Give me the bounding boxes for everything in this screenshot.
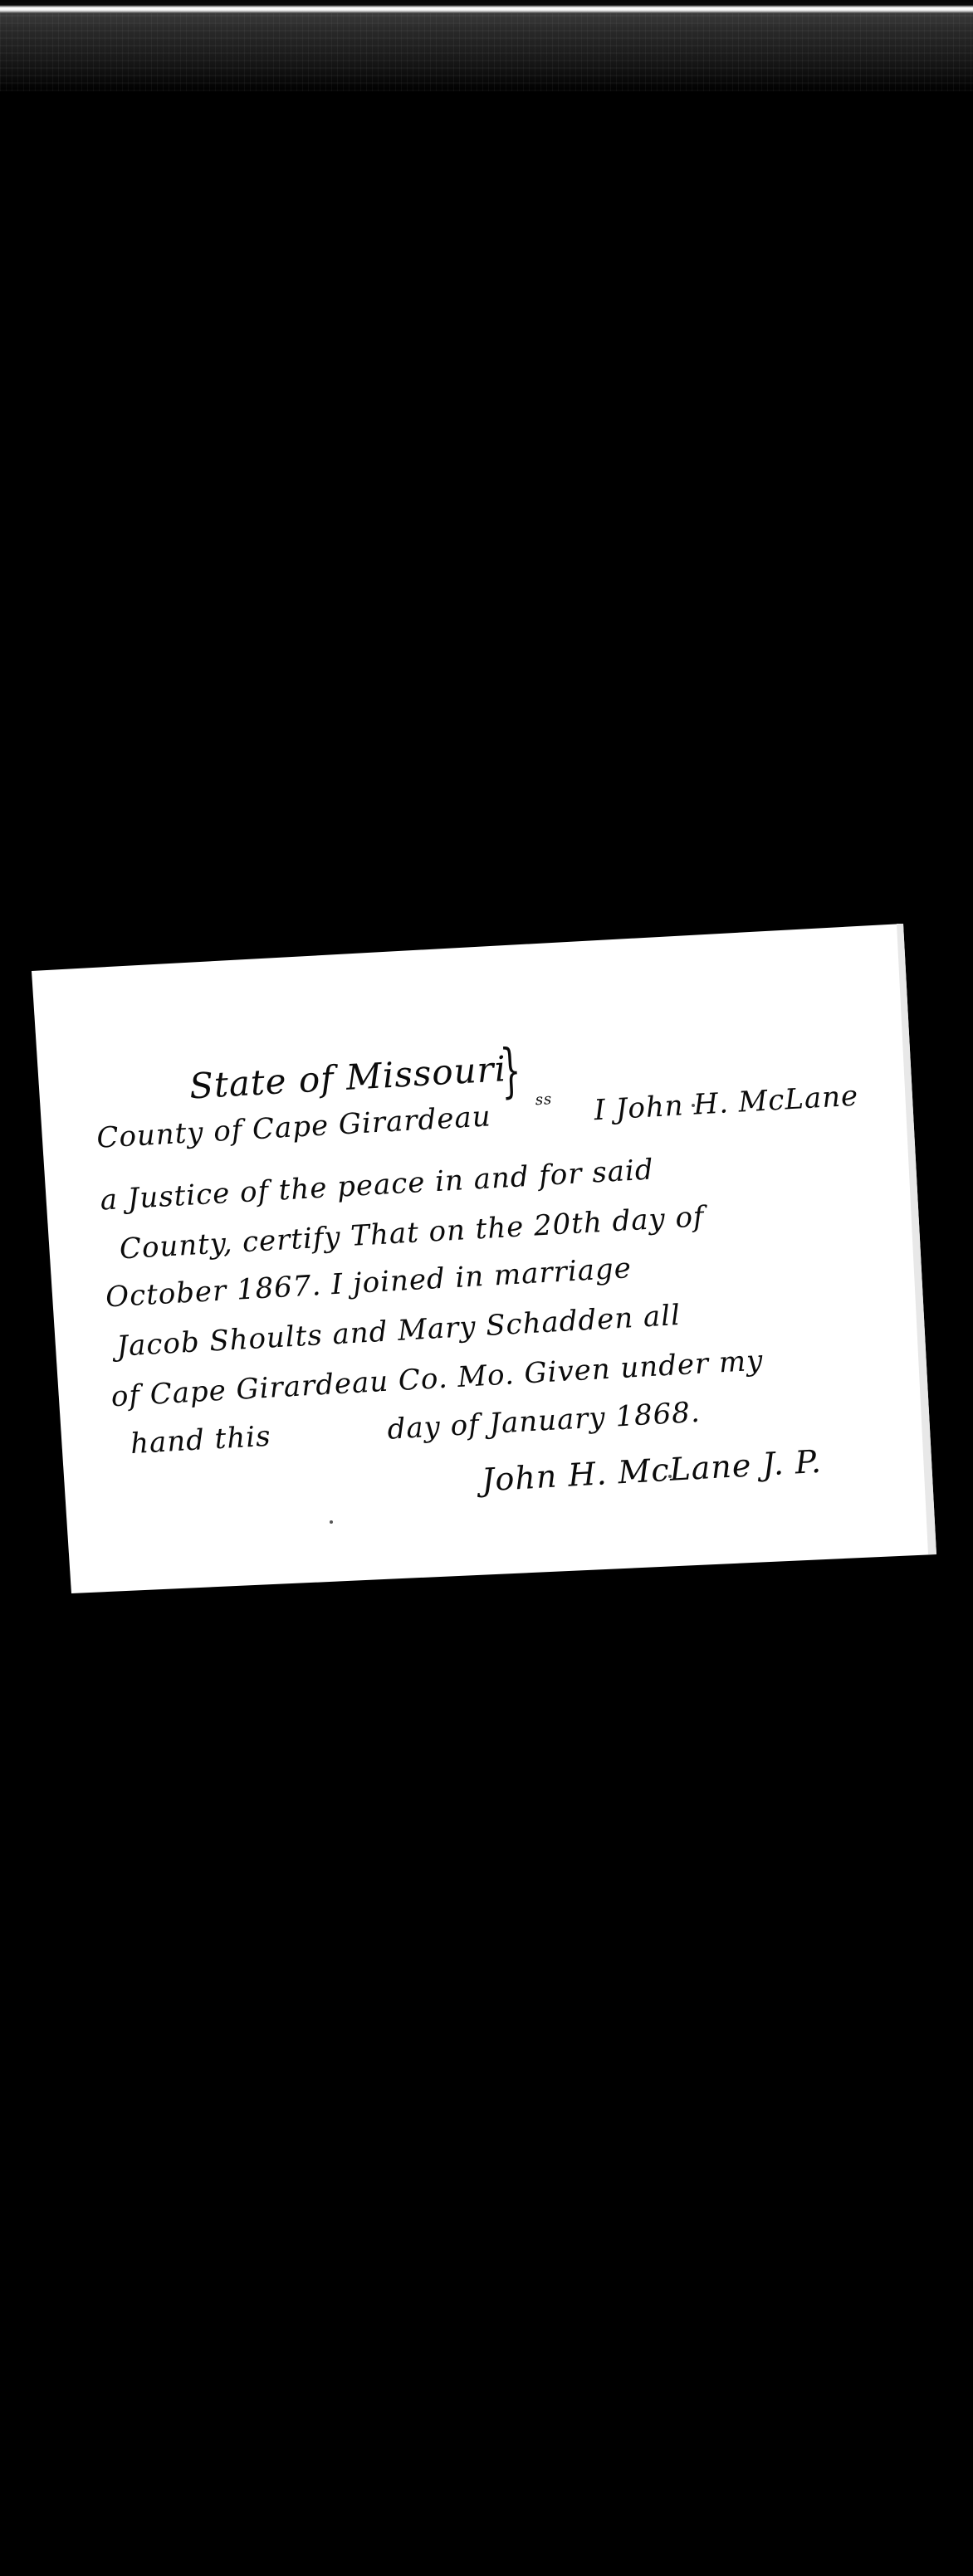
microfilm-edge-strip	[0, 0, 973, 91]
venue-brace-icon: }	[499, 1041, 523, 1100]
certificate-line: hand this	[130, 1422, 271, 1458]
paper-speck	[692, 1104, 695, 1107]
paper-speck	[330, 1520, 333, 1524]
venue-abbrev: ss	[535, 1092, 552, 1108]
paper-speck	[668, 1475, 672, 1478]
